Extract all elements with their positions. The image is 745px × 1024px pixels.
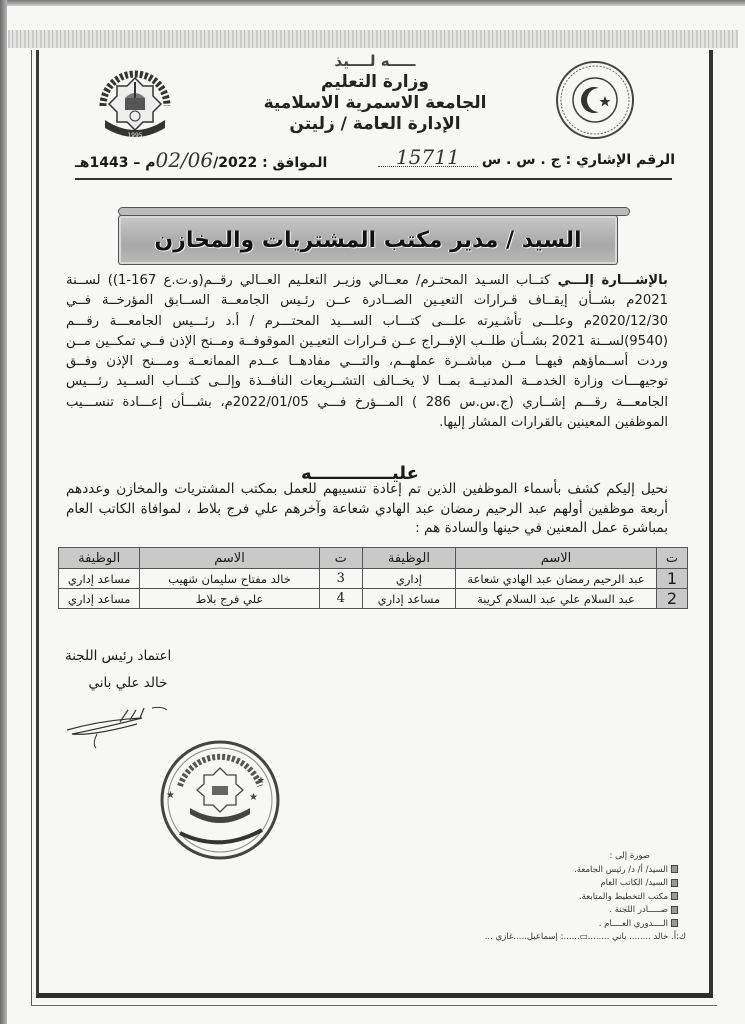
letterhead-text: ـــــه لــــيذ وزارة التعليم الجامعة الا… [230, 52, 520, 135]
document-icon [671, 919, 678, 927]
row-number: 1 [656, 569, 687, 589]
cc-item-label: صـــــادر اللجنة . [609, 905, 668, 915]
row-number: 3 [319, 569, 362, 589]
title-banner: السيد / مدير مكتب المشتريات والمخازن [112, 205, 632, 265]
body-paragraph-1: بالإشـــارة إلـــي كتــاب السـيد المحتـر… [66, 271, 668, 433]
employee-job: مساعد إداري [362, 589, 455, 609]
page-frame-inner-line [31, 1005, 717, 1006]
employee-job: مساعد إداري [59, 589, 140, 609]
scan-artifact-band [8, 30, 738, 48]
column-header: الوظيفة [362, 548, 455, 569]
reference-number-field: الرقم الإشاري : ج . س . س15711 [378, 148, 675, 168]
cc-item: صـــــادر اللجنة . [490, 904, 690, 918]
cc-item-label: الــــدوري العــــام . [599, 919, 668, 929]
basmala-fragment: ـــــه لــــيذ [230, 52, 520, 72]
column-header: ت [319, 548, 362, 569]
scan-edge-top [0, 0, 745, 6]
reference-number: 15711 [378, 148, 478, 167]
header-divider [75, 178, 672, 180]
cc-item: السيد/ الكاتب العام [490, 877, 690, 891]
cc-item: الــــدوري العــــام . [490, 918, 690, 932]
document-icon [671, 906, 678, 914]
date-handwritten: 02/06 [155, 148, 213, 172]
column-header: الاسم [140, 548, 319, 569]
column-header: ت [656, 548, 687, 569]
cc-item-label: السيد/ أ/ د/ رئيس الجامعة. [574, 865, 668, 875]
reference-row: الرقم الإشاري : ج . س . س15711 الموافق :… [75, 148, 675, 174]
svg-text:★: ★ [166, 790, 175, 801]
svg-text:1995: 1995 [127, 132, 142, 139]
paragraph-text: كتــاب السـيد المحتـرم/ معــالي وزيـر ال… [66, 273, 668, 430]
university-seal-stamp-icon: ★ ★ ★ [150, 738, 290, 863]
document-icon [671, 865, 678, 873]
cc-footer-initials: ك:أ. خالد ........ باني ........▭......:… [490, 931, 690, 945]
employee-name: عبد السلام علي عبد السلام كريبة [456, 589, 657, 609]
svg-text:★: ★ [249, 792, 258, 803]
government-emblem-icon [553, 58, 637, 142]
column-header: الاسم [456, 548, 657, 569]
reference-label: الرقم الإشاري : ج . س . س [482, 152, 675, 168]
letter-title: السيد / مدير مكتب المشتريات والمخازن [154, 228, 581, 253]
department-name: الإدارة العامة / زليتن [230, 114, 520, 135]
cc-title: صورة إلى : [490, 850, 690, 864]
table-row: 1 عبد الرحيم رمضان عبد الهادي شعاعة إدار… [59, 569, 688, 589]
staff-table: ت الاسم الوظيفة ت الاسم الوظيفة 1 عبد ال… [58, 547, 688, 609]
cc-item-label: السيد/ الكاتب العام [600, 878, 668, 888]
table-row: 2 عبد السلام علي عبد السلام كريبة مساعد … [59, 589, 688, 609]
document-icon [671, 879, 678, 887]
signature-title: اعتماد رئيس اللجنة [65, 648, 185, 664]
date-label: الموافق : [262, 155, 327, 171]
university-emblem-icon: 1995 [95, 56, 175, 142]
scan-edge-left [0, 0, 7, 1024]
cc-item: مكتب التخطيط والمتابعة. [490, 891, 690, 905]
employee-job: إداري [362, 569, 455, 589]
column-header: الوظيفة [59, 548, 140, 569]
signatory-name: خالد علي باني [78, 675, 178, 691]
letterhead: 1995 ـــــه لــــيذ وزارة التعليم الجامع… [60, 48, 685, 158]
row-number: 4 [319, 589, 362, 609]
document-icon [671, 892, 678, 900]
table-header-row: ت الاسم الوظيفة ت الاسم الوظيفة [59, 548, 688, 569]
cc-item-label: مكتب التخطيط والمتابعة. [579, 892, 668, 902]
employee-name: عبد الرحيم رمضان عبد الهادي شعاعة [456, 569, 657, 589]
body-paragraph-2: نحيل إليكم كشف بأسماء الموظفين الذين تم … [66, 480, 668, 539]
reference-date-field: الموافق : 02/06/2022م – 1443هـ [75, 148, 327, 172]
svg-text:★: ★ [257, 776, 265, 786]
paragraph-lead: بالإشـــارة إلـــي [558, 273, 668, 288]
ministry-name: وزارة التعليم [230, 72, 520, 93]
cc-list: صورة إلى : السيد/ أ/ د/ رئيس الجامعة. ال… [490, 850, 690, 945]
employee-name: خالد مفتاح سليمان شهيب [140, 569, 319, 589]
banner-body: السيد / مدير مكتب المشتريات والمخازن [118, 215, 618, 265]
cc-item: السيد/ أ/ د/ رئيس الجامعة. [490, 864, 690, 878]
page-frame-inner-line [31, 50, 32, 1005]
row-number: 2 [656, 589, 687, 609]
employee-job: مساعد إداري [59, 569, 140, 589]
university-name: الجامعة الاسمرية الاسلامية [230, 93, 520, 114]
employee-name: علي فرج بلاط [140, 589, 319, 609]
